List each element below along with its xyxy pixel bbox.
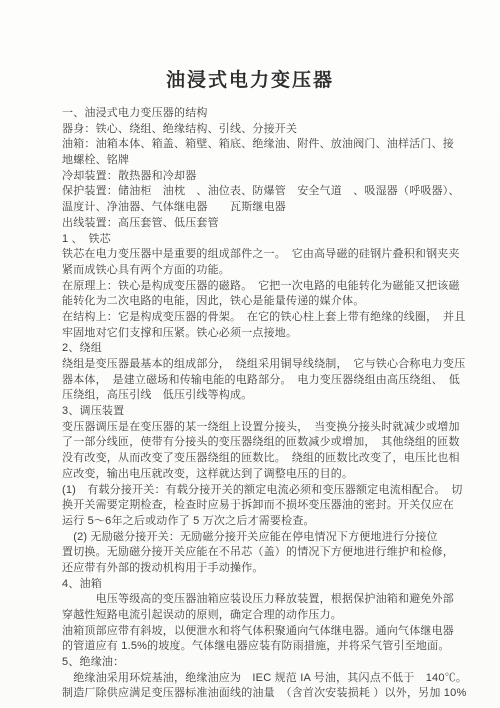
- text-line: 在原理上：铁心是构成变压器的磁路。 它把一次电路的电能转化为磁能又把该磁: [62, 279, 464, 295]
- document-body: 一、油浸式电力变压器的结构器身：铁心、绕组、绝缘结构、引线、分接开关油箱：油箱本…: [62, 106, 464, 702]
- text-line: 地螺栓、铭牌: [62, 153, 464, 169]
- text-line: 一、油浸式电力变压器的结构: [62, 106, 464, 122]
- text-line: 1 、 铁芯: [62, 232, 464, 248]
- document-page: 油浸式电力变压器 一、油浸式电力变压器的结构器身：铁心、绕组、绝缘结构、引线、分…: [0, 0, 500, 708]
- text-line: 绝缘油采用环烷基油，绝缘油应为 IEC 规范 IA 号油，其闪点不低于 140℃…: [62, 671, 464, 687]
- text-line: 温度计、净油器、气体继电器 瓦斯继电器: [62, 200, 464, 216]
- text-line: (1) 有载分接开关：有载分接开关的额定电流必须和变压器额定电流相配合。 切: [62, 483, 464, 499]
- text-line: 油箱：油箱本体、箱盖、箱壁、箱底、绝缘油、附件、放油阀门、油样活门、接: [62, 137, 464, 153]
- text-line: 能转化为二次电路的电能，因此，铁心是能量传递的媒介体。: [62, 294, 464, 310]
- text-line: 器身：铁心、绕组、绝缘结构、引线、分接开关: [62, 122, 464, 138]
- text-line: 应改变，输出电压就改变，这样就达到了调整电压的目的。: [62, 467, 464, 483]
- text-line: 置切换。无励磁分接开关应能在不吊芯（盖）的情况下方便地进行维护和检修，: [62, 545, 464, 561]
- text-line: 的管道应有 1.5%的坡度。气体继电器应装有防雨措施，并将采气管引至地面。: [62, 639, 464, 655]
- text-line: 出线装置：高压套管、低压套管: [62, 216, 464, 232]
- text-line: 3、调压装置: [62, 404, 464, 420]
- text-line: 铁芯在电力变压器中是重要的组成部件之一。 它由高导磁的硅钢片叠积和钢夹夹: [62, 247, 464, 263]
- text-line: 电压等级高的变压器油箱应装设压力释放装置，根据保护油箱和避免外部: [62, 592, 464, 608]
- page-title: 油浸式电力变压器: [0, 65, 500, 92]
- text-line: 绕组是变压器最基本的组成部分， 绕组采用铜导线绕制， 它与铁心合称电力变压: [62, 357, 464, 373]
- text-line: 换开关需要定期检查，检查时应易于拆卸而不损坏变压器油的密封。开关仅应在: [62, 498, 464, 514]
- text-line: 压绕组，高压引线 低压引线等构成。: [62, 388, 464, 404]
- text-line: 在结构上：它是构成变压器的骨架。 在它的铁心柱上套上带有绝缘的线圈， 并且: [62, 310, 464, 326]
- text-line: 油箱顶部应带有斜坡，以便泄水和将气体积聚通向气体继电器。通向气体继电器: [62, 624, 464, 640]
- text-line: 了一部分线匝，使带有分接头的变压器绕组的匝数减少或增加， 其他绕组的匝数: [62, 435, 464, 451]
- text-line: 变压器调压是在变压器的某一绕组上设置分接头， 当变换分接头时就减少或增加: [62, 420, 464, 436]
- text-line: 4、油箱: [62, 577, 464, 593]
- text-line: 穿越性短路电流引起误动的原则，确定合理的动作压力。: [62, 608, 464, 624]
- text-line: 器本体， 是建立磁场和传输电能的电路部分。 电力变压器绕组由高压绕组、 低: [62, 373, 464, 389]
- text-line: 牢固地对它们支撑和压紧。铁心必须一点接地。: [62, 326, 464, 342]
- text-line: 保护装置：储油柜 油枕 、油位表、防爆管 安全气道 、吸湿器（呼吸器）、: [62, 184, 464, 200]
- text-line: (2) 无励磁分接开关：无励磁分接开关应能在停电情况下方便地进行分接位: [62, 530, 464, 546]
- text-line: 2、绕组: [62, 341, 464, 357]
- text-line: 运行 5～6年之后或动作了 5 万次之后才需要检查。: [62, 514, 464, 530]
- text-line: 5、绝缘油：: [62, 655, 464, 671]
- text-line: 没有改变，从而改变了变压器绕组的匝数比。 绕组的匝数比改变了，电压比也相: [62, 451, 464, 467]
- text-line: 还应带有外部的拨动机构用于手动操作。: [62, 561, 464, 577]
- text-line: 冷却装置：散热器和冷却器: [62, 169, 464, 185]
- text-line: 制造厂除供应满足变压器标准油面线的油量 （含首次安装损耗 ）以外，另加 10%: [62, 686, 464, 702]
- text-line: 紧而成铁心具有两个方面的功能。: [62, 263, 464, 279]
